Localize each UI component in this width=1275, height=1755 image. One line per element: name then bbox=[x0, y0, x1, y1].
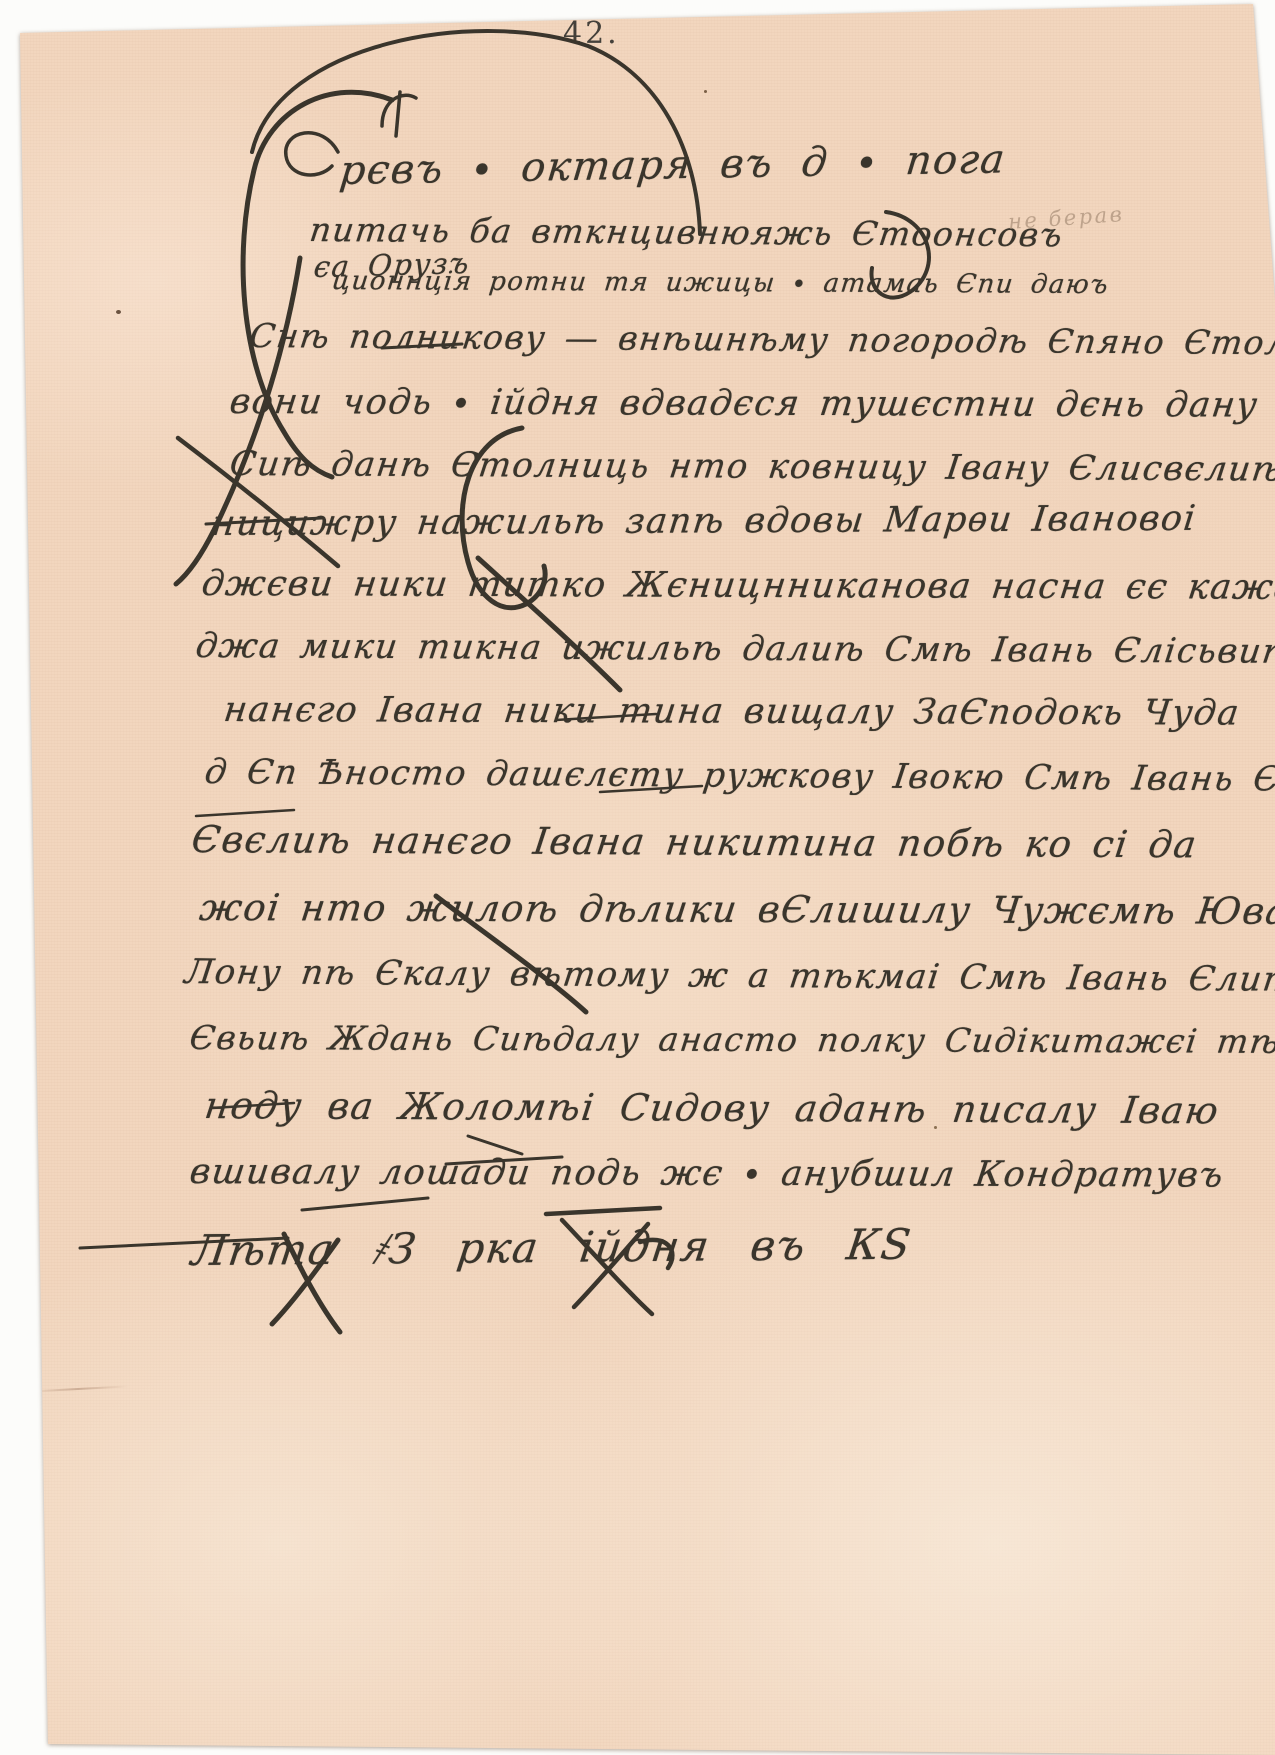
manuscript-line: нанєго Івана ники тина вищалу ЗаЄподокь … bbox=[221, 690, 1242, 734]
pencil-edge-mark: ( bbox=[0, 1173, 11, 1210]
manuscript-line: ноду ва Жоломѣі Сидову аданѣ писалу Іваю bbox=[202, 1084, 1222, 1132]
flourish-top-arc bbox=[252, 31, 700, 234]
manuscript-line: д Єп Ѣносто дашєлєту ружкову Івокю Смѣ І… bbox=[202, 752, 1275, 800]
manuscript-line: джа мики тикна ижильѣ далиѣ Смѣ Івань Єл… bbox=[193, 626, 1275, 672]
manuscript-line: вони чодь ∙ ійдня вдвадєся тушєстни дєнь… bbox=[227, 382, 1260, 426]
manuscript-line: джєви ники титко Жєницнниканова насна єє… bbox=[199, 564, 1275, 608]
paper-speck bbox=[704, 90, 707, 93]
manuscript-line: Лону пѣ Єкалу вѣтому ж а тѣкмаі Смѣ Іван… bbox=[182, 952, 1275, 1000]
flourish-initial-curl bbox=[286, 133, 338, 175]
manuscript-line: жоі нто жилоѣ дѣлики вЄлишилу Чужємѣ Юва bbox=[197, 886, 1275, 933]
page-number: 42. bbox=[563, 16, 620, 51]
scanned-manuscript-page: { "page": { "number_label": "42.", "penc… bbox=[0, 0, 1275, 1755]
paper-speck bbox=[116, 310, 121, 314]
manuscript-line: Снѣ полникову — внѣшнѣму погородѣ Єпяно … bbox=[247, 316, 1275, 362]
manuscript-line: ционнція ротни тя ижицы ∙ атамаь Єпи даю… bbox=[330, 266, 1110, 300]
manuscript-line: Лѣта ҂З рка ійдня въ КЅ bbox=[189, 1220, 915, 1276]
manuscript-line: Євєлиѣ нанєго Івана никитина побѣ ко сі … bbox=[189, 818, 1200, 866]
pencil-margin-note: не берав bbox=[1007, 202, 1125, 234]
manuscript-line: вшивалу лошади подь жє ∙ анубшил Кондрат… bbox=[187, 1152, 1226, 1196]
paper-crease bbox=[28, 1385, 128, 1392]
manuscript-line: рєвъ ∙ октаря въ д ∙ пога bbox=[338, 136, 1009, 194]
manuscript-line: ницижру нажильѣ запѣ вдовы Марѳи Іваново… bbox=[210, 499, 1199, 544]
paper-sheet: 42. рєвъ ∙ октаря въ д ∙ пога питачь ба … bbox=[0, 0, 1275, 1755]
overbar-line12 bbox=[196, 810, 294, 816]
manuscript-line: Євьиѣ Ждань Сиѣдалу анасто полку Сидікит… bbox=[188, 1018, 1275, 1061]
ink-flourishes bbox=[0, 0, 1275, 1755]
paper-sheet-wrap: 42. рєвъ ∙ октаря въ д ∙ пога питачь ба … bbox=[0, 0, 1275, 1755]
paper-speck bbox=[934, 1126, 937, 1129]
flourish-initial-cap bbox=[382, 92, 416, 136]
manuscript-line: Сиѣ данѣ Єтолниць нто ковницу Івану Єлис… bbox=[227, 444, 1275, 489]
